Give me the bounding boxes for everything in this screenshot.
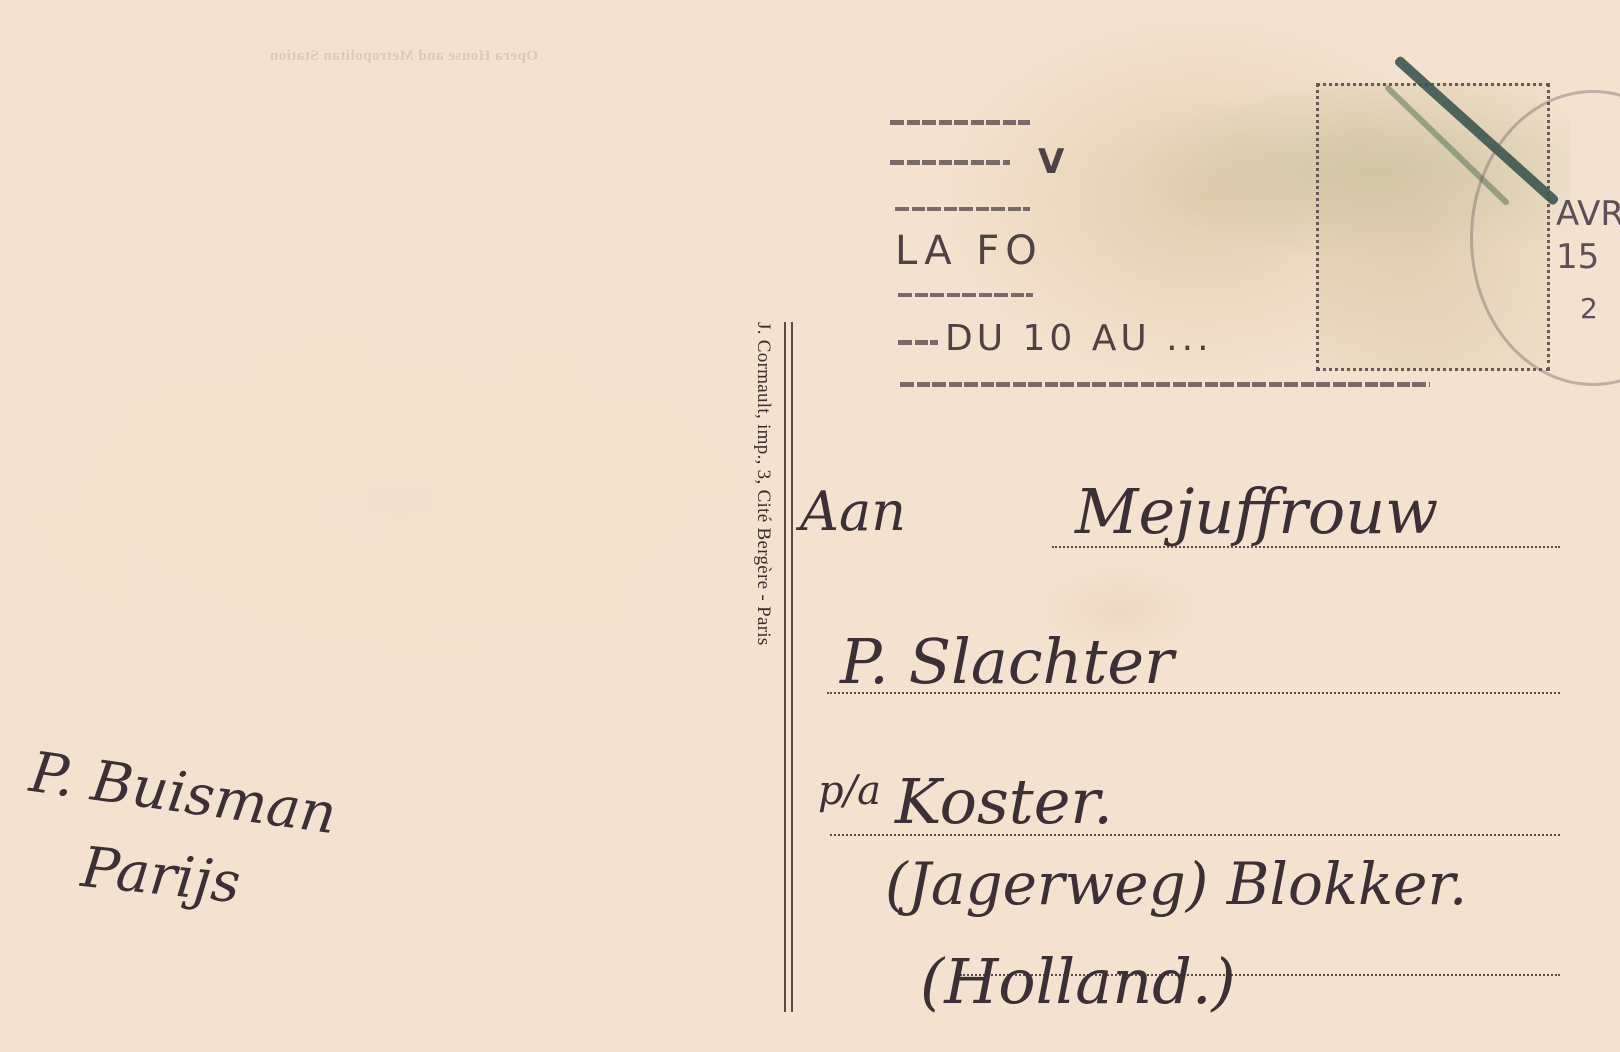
address-recipient: P. Slachter bbox=[840, 625, 1174, 698]
address-title: Mejuffrouw bbox=[1075, 475, 1438, 548]
postmark-bar bbox=[895, 207, 1030, 211]
postmark-slogan-2: LA FO bbox=[895, 228, 1043, 274]
postmark-day: 15 bbox=[1556, 238, 1599, 276]
divider-line bbox=[784, 322, 786, 1012]
postmark-slogan-1: V bbox=[1038, 142, 1064, 182]
address-care-of-name: Koster. bbox=[895, 765, 1113, 838]
postmark-month: AVR bbox=[1556, 195, 1620, 233]
sender-name: P. Buisman bbox=[26, 740, 340, 847]
sender-city: Parijs bbox=[78, 835, 243, 916]
address-care-of: p/a bbox=[818, 768, 881, 814]
mirrored-caption-bleedthrough: Opera House and Metropolitan Station bbox=[68, 48, 538, 65]
printer-imprint: J. Cormault, imp., 3, Cité Bergère - Par… bbox=[748, 322, 778, 1002]
address-street-town: (Jagerweg) Blokker. bbox=[885, 850, 1467, 918]
postmark-bar bbox=[890, 160, 1010, 165]
postmark-bar bbox=[890, 120, 1030, 125]
address-salutation: Aan bbox=[800, 480, 906, 543]
postmark-year: 2 bbox=[1580, 290, 1598, 328]
address-country: (Holland.) bbox=[920, 945, 1236, 1018]
postmark-bar bbox=[898, 340, 938, 345]
divider-line bbox=[791, 322, 793, 1012]
postmark-bar bbox=[898, 293, 1033, 297]
postmark-slogan-3: DU 10 AU ... bbox=[945, 318, 1213, 359]
postcard-back: Opera House and Metropolitan Station V L… bbox=[0, 0, 1620, 1052]
postmark-bar bbox=[900, 382, 1430, 387]
